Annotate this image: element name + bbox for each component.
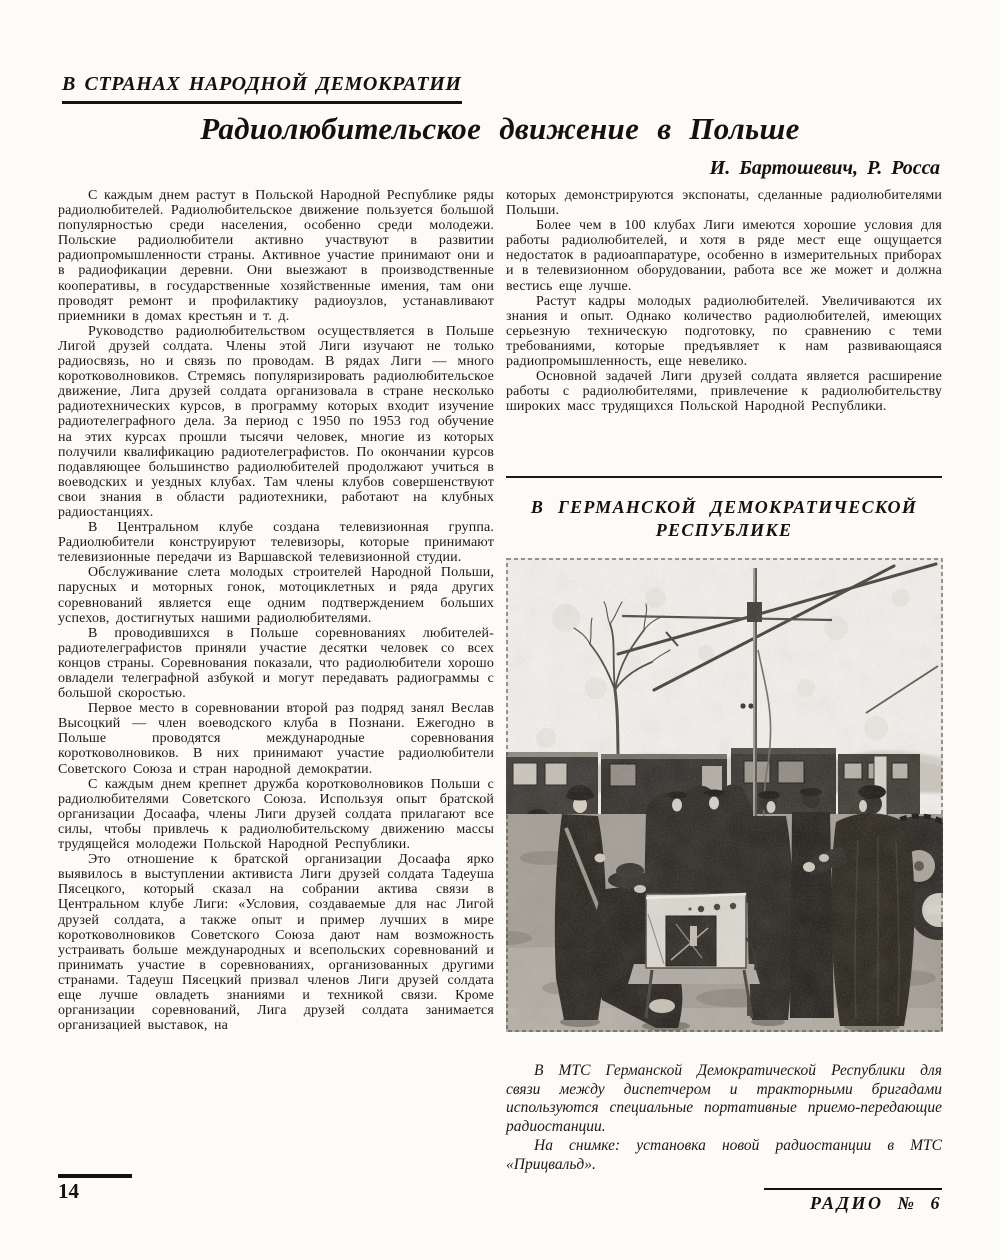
paragraph: Это отношение к братской организации Дос… [58,852,494,1033]
section-divider [506,476,942,478]
photo-radio-station-installation [506,558,943,1032]
halftone-photo [506,558,943,1032]
section-kicker: В СТРАНАХ НАРОДНОЙ ДЕМОКРАТИИ [62,74,462,104]
article-title: Радиолюбительское движение в Польше [60,110,940,147]
page-number-block: 14 [58,1174,198,1202]
paragraph: С каждым днем растут в Польской Народной… [58,188,494,324]
photo-caption: В МТС Германской Демократической Республ… [506,1062,942,1174]
page-number: 14 [58,1181,198,1202]
paragraph: Руководство радиолюбительством осуществл… [58,324,494,520]
paragraph: Растут кадры молодых радиолюбителей. Уве… [506,294,942,369]
halftone-grain-overlay [506,558,943,1032]
paragraph: С каждым днем крепнет дружба коротковолн… [58,777,494,852]
paragraph: Основной задачей Лиги друзей солдата явл… [506,369,942,414]
paragraph: Более чем в 100 клубах Лиги имеются хоро… [506,218,942,293]
journal-footer-rule [764,1188,942,1190]
gdr-heading-line2: РЕСПУБЛИКЕ [506,519,942,542]
right-column: которых демонстрируются экспонаты, сдела… [506,188,942,414]
gdr-heading-line1: В ГЕРМАНСКОЙ ДЕМОКРАТИЧЕСКОЙ [506,496,942,519]
page-number-rule [58,1174,132,1178]
caption-paragraph: В МТС Германской Демократической Республ… [506,1062,942,1137]
journal-footer-block: РАДИО № 6 [764,1188,942,1212]
journal-footer: РАДИО № 6 [764,1194,942,1212]
byline: И. Бартошевич, Р. Росса [506,156,940,180]
paragraph: В проводившихся в Польше соревнованиях л… [58,626,494,701]
magazine-page: В СТРАНАХ НАРОДНОЙ ДЕМОКРАТИИ Радиолюбит… [0,0,1000,1260]
paragraph-continuation: которых демонстрируются экспонаты, сдела… [506,188,942,218]
caption-paragraph: На снимке: установка новой радиостанции … [506,1137,942,1174]
paragraph: Первое место в соревновании второй раз п… [58,701,494,776]
paragraph: В Центральном клубе создана телевизионна… [58,520,494,565]
paragraph: Обслуживание слета молодых строителей На… [58,565,494,625]
left-column: С каждым днем растут в Польской Народной… [58,188,494,1033]
gdr-section-heading: В ГЕРМАНСКОЙ ДЕМОКРАТИЧЕСКОЙ РЕСПУБЛИКЕ [506,496,942,542]
